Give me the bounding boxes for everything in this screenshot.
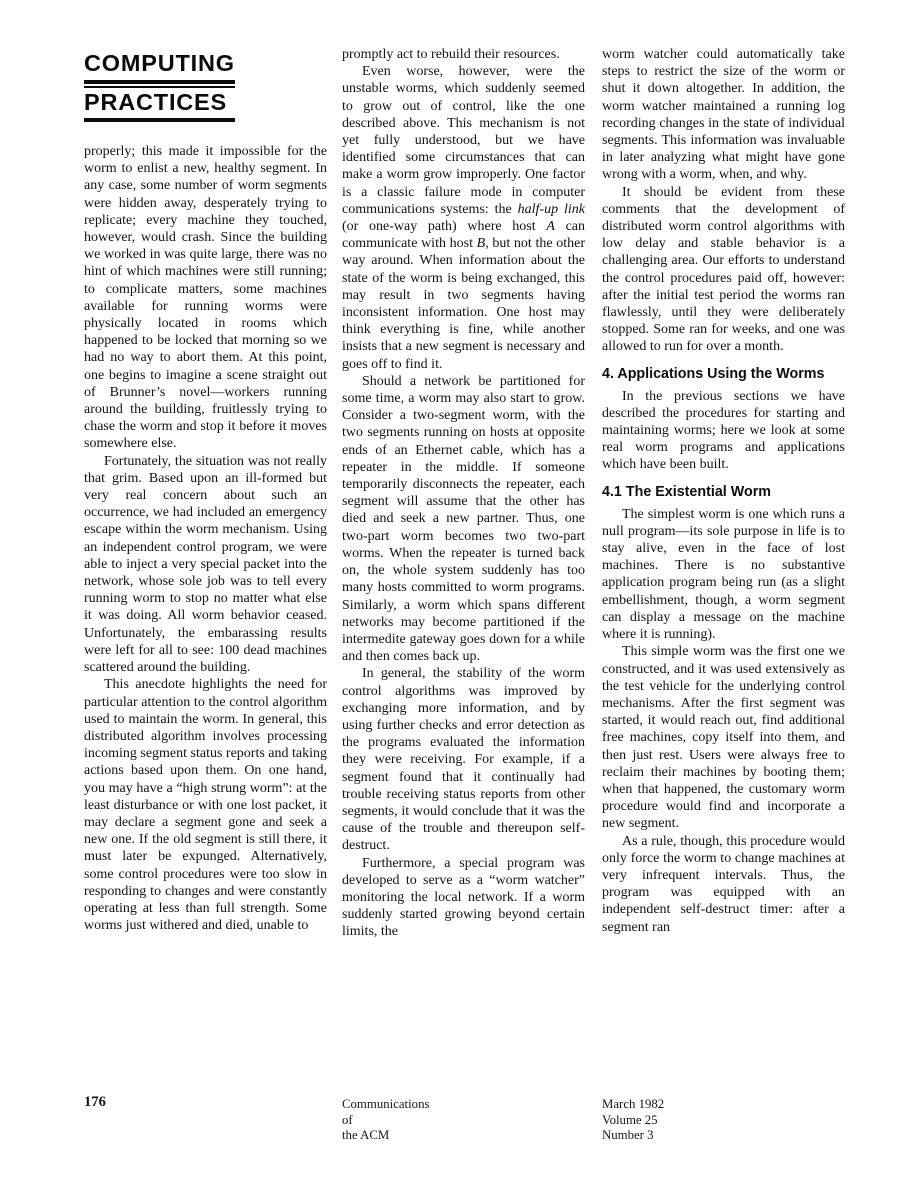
body-text: In the previous sections we have describ…	[602, 389, 845, 473]
masthead-rule	[84, 86, 235, 88]
body-text: Should a network be partitioned for some…	[342, 374, 585, 664]
masthead-word-practices: PRACTICES	[84, 91, 235, 123]
column-1: COMPUTING PRACTICES properly; this made …	[84, 52, 327, 934]
issue-line: Volume 25	[602, 1113, 664, 1129]
paragraph: promptly act to rebuild their resources.	[342, 46, 585, 63]
issue-line: Number 3	[602, 1128, 664, 1144]
issue-line: March 1982	[602, 1097, 664, 1113]
paragraph: This simple worm was the first one we co…	[602, 643, 845, 832]
column-1-text: properly; this made it impossible for th…	[84, 143, 327, 934]
imprint-line: of	[342, 1113, 429, 1129]
section-heading: 4. Applications Using the Worms	[602, 365, 845, 383]
column-3: worm watcher could automatically take st…	[602, 46, 845, 936]
column-2-text: promptly act to rebuild their resources.…	[342, 46, 585, 941]
body-text: worm watcher could automatically take st…	[602, 47, 845, 182]
body-text: It should be evident from these comments…	[602, 185, 845, 355]
body-text: The simplest worm is one which runs a nu…	[602, 507, 845, 642]
italic-text: A	[546, 219, 555, 234]
body-text: (or one-way path) where host	[342, 219, 546, 234]
paragraph: The simplest worm is one which runs a nu…	[602, 506, 845, 644]
body-text: Furthermore, a special program was devel…	[342, 856, 585, 940]
italic-text: B	[477, 236, 486, 251]
paragraph: properly; this made it impossible for th…	[84, 143, 327, 453]
body-text: promptly act to rebuild their resources.	[342, 47, 560, 62]
body-text: , but not the other way around. When inf…	[342, 236, 585, 371]
paragraph: As a rule, though, this procedure would …	[602, 833, 845, 936]
body-text: Fortunately, the situation was not reall…	[84, 454, 327, 675]
department-masthead: COMPUTING PRACTICES	[84, 52, 235, 122]
paragraph: It should be evident from these comments…	[602, 184, 845, 356]
paragraph: Fortunately, the situation was not reall…	[84, 453, 327, 677]
masthead-word-computing: COMPUTING	[84, 52, 235, 84]
issue-info: March 1982 Volume 25 Number 3	[602, 1097, 664, 1144]
paragraph: Should a network be partitioned for some…	[342, 373, 585, 665]
body-text: Even worse, however, were the unstable w…	[342, 64, 585, 217]
body-text: In general, the stability of the worm co…	[342, 666, 585, 853]
page-number: 176	[84, 1095, 106, 1111]
body-text: As a rule, though, this procedure would …	[602, 834, 845, 935]
body-text: This anecdote highlights the need for pa…	[84, 677, 327, 933]
column-2: promptly act to rebuild their resources.…	[342, 46, 585, 941]
journal-imprint: Communications of the ACM	[342, 1097, 429, 1144]
paragraph: worm watcher could automatically take st…	[602, 46, 845, 184]
body-text: properly; this made it impossible for th…	[84, 144, 327, 451]
imprint-line: the ACM	[342, 1128, 429, 1144]
paragraph: Even worse, however, were the unstable w…	[342, 63, 585, 373]
imprint-line: Communications	[342, 1097, 429, 1113]
body-text: This simple worm was the first one we co…	[602, 644, 845, 831]
paragraph: This anecdote highlights the need for pa…	[84, 676, 327, 934]
paragraph: Furthermore, a special program was devel…	[342, 855, 585, 941]
section-heading: 4.1 The Existential Worm	[602, 483, 845, 501]
paragraph: In the previous sections we have describ…	[602, 388, 845, 474]
italic-text: half-up link	[518, 202, 585, 217]
paragraph: In general, the stability of the worm co…	[342, 665, 585, 854]
journal-page: COMPUTING PRACTICES properly; this made …	[0, 0, 918, 1188]
column-3-text: worm watcher could automatically take st…	[602, 46, 845, 936]
